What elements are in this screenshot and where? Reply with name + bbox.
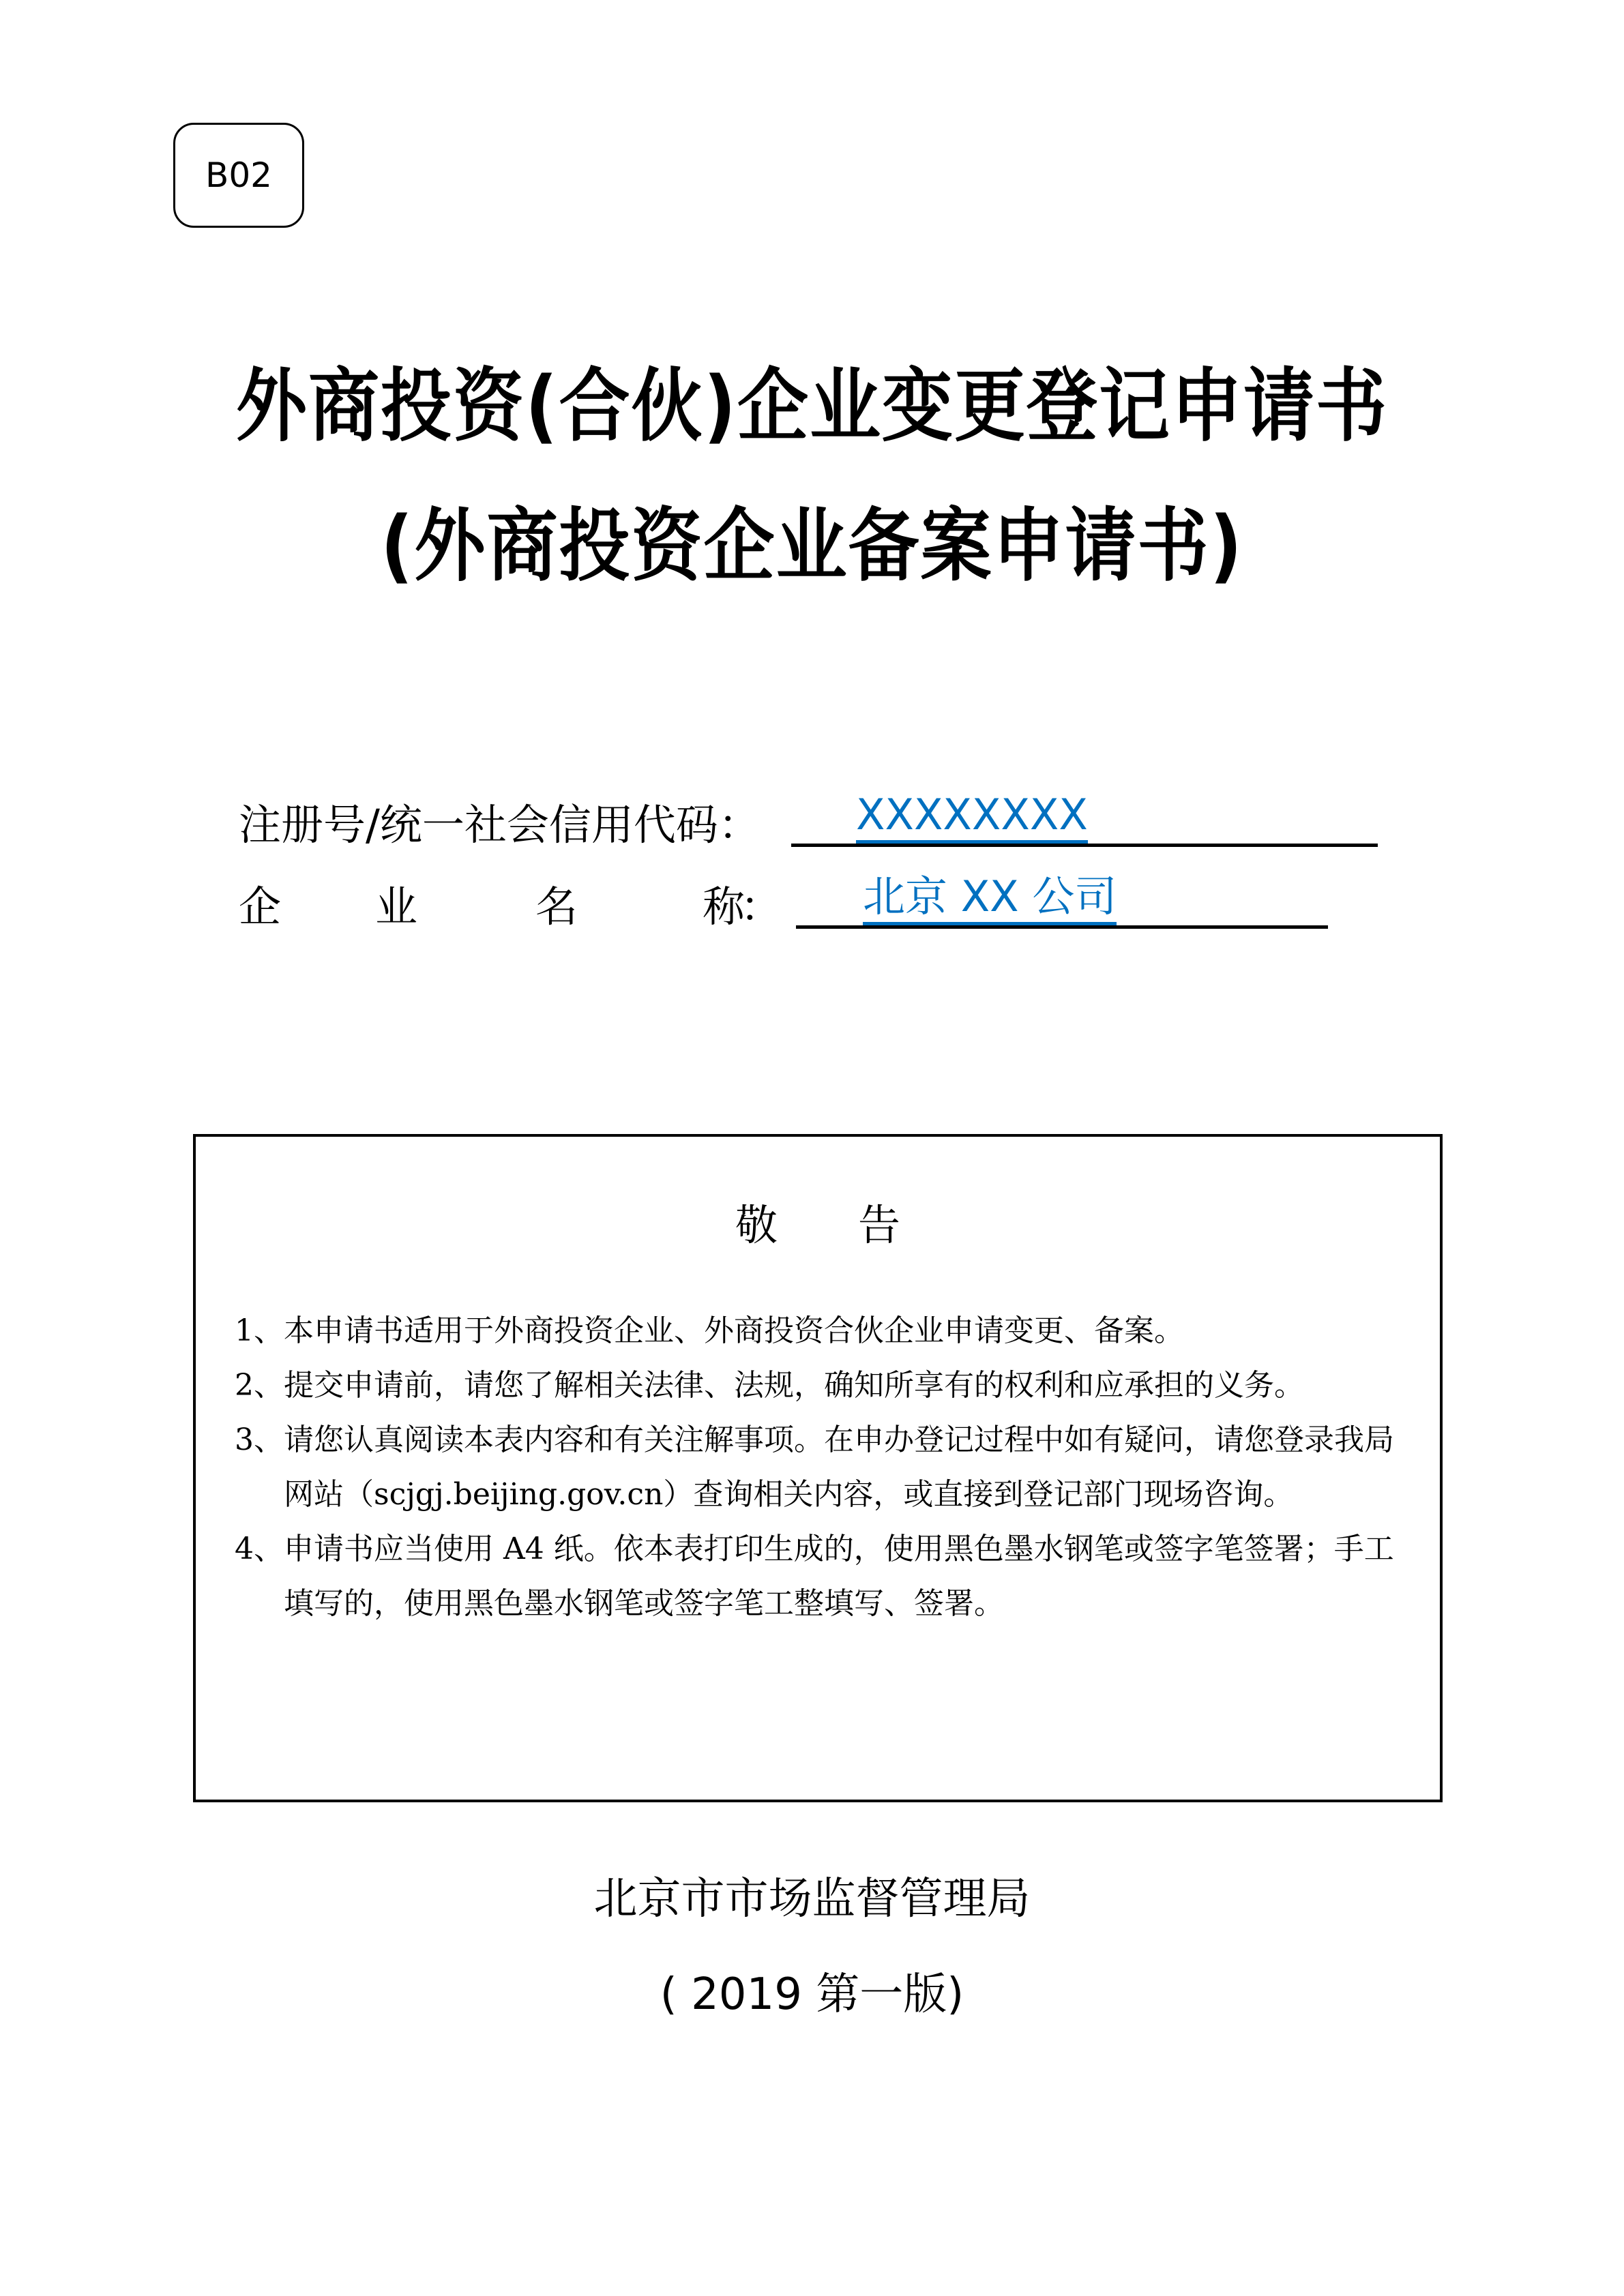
notice-title-char: 告 <box>858 1200 900 1250</box>
company-name-value[interactable]: 北京 XX 公司 <box>863 871 1117 925</box>
edition-label: ( 2019 第一版) <box>0 1964 1624 2025</box>
registration-code-label: 注册号/统一社会信用代码： <box>239 794 761 856</box>
label-char: 名 <box>535 876 578 938</box>
company-name-underline <box>796 925 1328 929</box>
notice-item-number: 4、 <box>235 1522 284 1577</box>
notice-list: 1、 本申请书适用于外商投资企业、外商投资合伙企业申请变更、备案。 2、 提交申… <box>235 1304 1406 1631</box>
notice-item-number: 3、 <box>235 1413 284 1467</box>
registration-code-underline <box>791 844 1378 847</box>
notice-item-number: 2、 <box>235 1358 284 1413</box>
notice-item: 3、 请您认真阅读本表内容和有关注解事项。在申办登记过程中如有疑问，请您登录我局… <box>235 1413 1406 1522</box>
form-code: B02 <box>205 155 272 195</box>
page-subtitle: (外商投资企业备案申请书) <box>0 496 1624 595</box>
form-code-badge: B02 <box>173 123 304 228</box>
notice-item-text: 提交申请前，请您了解相关法律、法规，确知所享有的权利和应承担的义务。 <box>284 1368 1304 1403</box>
issuer-name: 北京市市场监督管理局 <box>0 1868 1624 1930</box>
notice-item-number: 1、 <box>235 1304 284 1358</box>
notice-item-text: 申请书应当使用 A4 纸。依本表打印生成的，使用黑色墨水钢笔或签字笔签署；手工填… <box>284 1532 1394 1621</box>
notice-title-char: 敬 <box>735 1200 778 1250</box>
notice-box: 敬告 1、 本申请书适用于外商投资企业、外商投资合伙企业申请变更、备案。 2、 … <box>193 1134 1443 1802</box>
label-colon: ： <box>740 876 782 938</box>
label-char: 业 <box>375 876 417 938</box>
label-char: 称 <box>703 876 745 938</box>
notice-item: 1、 本申请书适用于外商投资企业、外商投资合伙企业申请变更、备案。 <box>235 1304 1406 1358</box>
page-title: 外商投资(合伙)企业变更登记申请书 <box>0 356 1624 456</box>
notice-item-text: 请您认真阅读本表内容和有关注解事项。在申办登记过程中如有疑问，请您登录我局网站（… <box>284 1422 1394 1512</box>
notice-item: 4、 申请书应当使用 A4 纸。依本表打印生成的，使用黑色墨水钢笔或签字笔签署；… <box>235 1522 1406 1631</box>
notice-title: 敬告 <box>196 1198 1440 1253</box>
registration-code-value[interactable]: XXXXXXXX <box>856 789 1088 844</box>
notice-item: 2、 提交申请前，请您了解相关法律、法规，确知所享有的权利和应承担的义务。 <box>235 1358 1406 1413</box>
notice-item-text: 本申请书适用于外商投资企业、外商投资合伙企业申请变更、备案。 <box>284 1313 1184 1348</box>
